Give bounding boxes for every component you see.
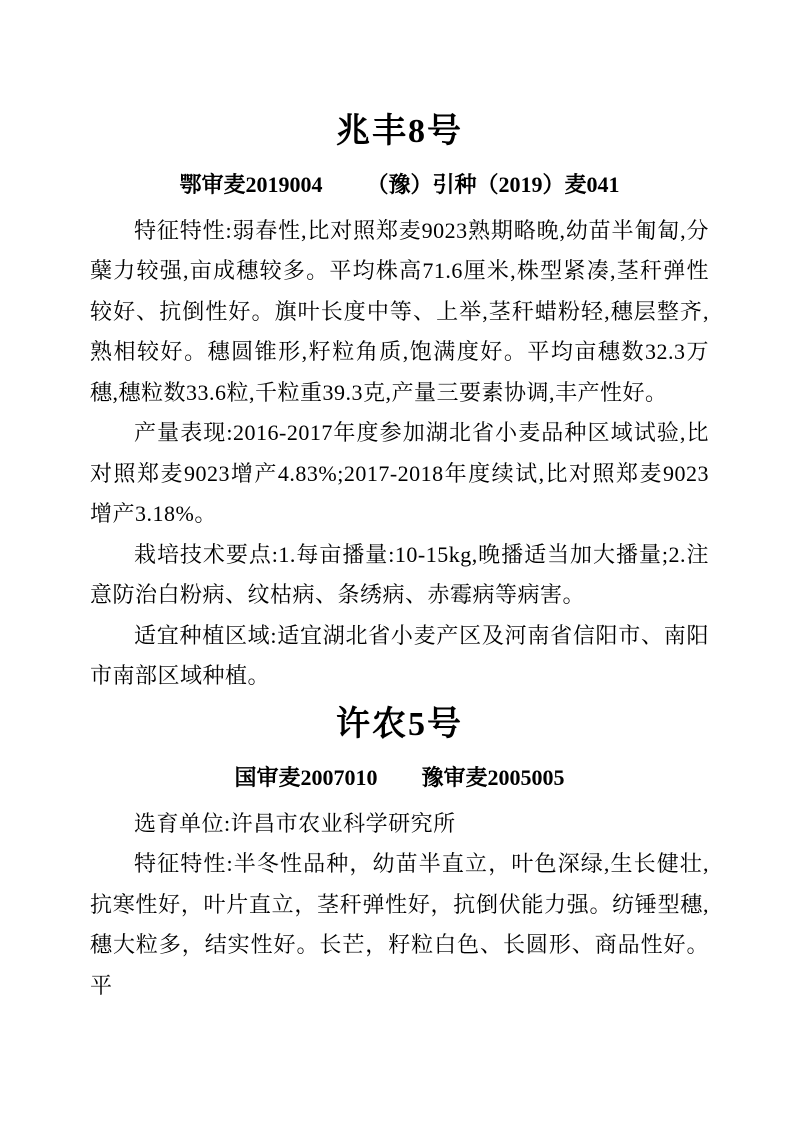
paragraph-traits: 特征特性:弱春性,比对照郑麦9023熟期略晚,幼苗半匍匐,分蘖力较强,亩成穗较多… — [90, 211, 709, 414]
variety-title: 兆丰8号 — [90, 110, 709, 154]
paragraph-yield: 产量表现:2016-2017年度参加湖北省小麦品种区域试验,比对照郑麦9023增… — [90, 413, 709, 535]
paragraph-breeding-unit: 选育单位:许昌市农业科学研究所 — [90, 804, 709, 845]
approval-code-left: 鄂审麦2019004 — [179, 170, 322, 201]
paragraph-traits: 特征特性:半冬性品种，幼苗半直立，叶色深绿,生长健壮,抗寒性好，叶片直立，茎秆弹… — [90, 844, 709, 1006]
approval-codes-row: 鄂审麦2019004 （豫）引种（2019）麦041 — [90, 170, 709, 201]
variety-body: 特征特性:弱春性,比对照郑麦9023熟期略晚,幼苗半匍匐,分蘖力较强,亩成穗较多… — [90, 211, 709, 697]
paragraph-cultivation: 栽培技术要点:1.每亩播量:10-15kg,晚播适当加大播量;2.注意防治白粉病… — [90, 535, 709, 616]
variety-body: 选育单位:许昌市农业科学研究所 特征特性:半冬性品种，幼苗半直立，叶色深绿,生长… — [90, 804, 709, 1007]
paragraph-planting-region: 适宜种植区域:适宜湖北省小麦产区及河南省信阳市、南阳市南部区域种植。 — [90, 616, 709, 697]
approval-code-right: 豫审麦2005005 — [422, 763, 565, 794]
approval-code-right: （豫）引种（2019）麦041 — [367, 170, 620, 201]
variety-section-zhaofeng8: 兆丰8号 鄂审麦2019004 （豫）引种（2019）麦041 特征特性:弱春性… — [90, 110, 709, 697]
approval-code-left: 国审麦2007010 — [234, 763, 377, 794]
variety-section-xunong5: 许农5号 国审麦2007010 豫审麦2005005 选育单位:许昌市农业科学研… — [90, 703, 709, 1006]
document-page: 兆丰8号 鄂审麦2019004 （豫）引种（2019）麦041 特征特性:弱春性… — [0, 0, 793, 1122]
approval-codes-row: 国审麦2007010 豫审麦2005005 — [90, 763, 709, 794]
variety-title: 许农5号 — [90, 703, 709, 747]
